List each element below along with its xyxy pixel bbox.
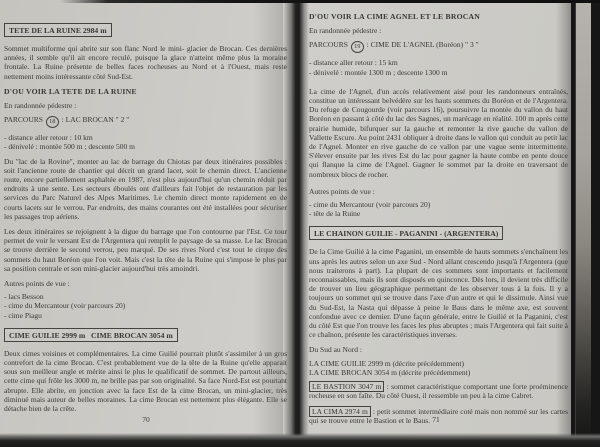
viewpoints-list: - cime du Mercantour (voir parcours 20) …	[309, 200, 568, 218]
list-item: LA CIME BROCAN 3054 m (décrite précédemm…	[309, 368, 568, 377]
viewpoints-list: - lacs Besson - cime du Mercantour (voir…	[4, 292, 287, 320]
stat-denivele: - dénivelé : montée 500 m ; descente 500…	[4, 142, 287, 151]
stat-distance: - distance aller retour : 15 km	[309, 58, 568, 67]
summit-title-box-tete-ruine: TETE DE LA RUINE 2984 m	[4, 23, 112, 37]
route-stats: - distance aller retour : 10 km - dénive…	[4, 133, 287, 151]
parcours-number-badge: 19	[351, 41, 364, 53]
parcours-18-line: PARCOURS 18 : LAC BROCAN " 2 "	[4, 115, 287, 128]
parcours-19-line: PARCOURS 19 : CIME DE L'AGNEL (Boréon) "…	[309, 40, 568, 53]
scan-edge-top	[0, 0, 600, 3]
right-page: D'OU VOIR LA CIME AGNEL ET LE BROCAN En …	[309, 12, 568, 431]
left-page-curve-shading	[253, 0, 283, 447]
agnel-route-description: La cime de l'Agnel, d'un accès relativem…	[309, 87, 568, 179]
bastion-entry: LE BASTION 3047 m : sommet caractéristiq…	[309, 382, 568, 400]
stat-distance: - distance aller retour : 10 km	[4, 133, 287, 142]
list-item: - lacs Besson	[4, 292, 287, 301]
tete-ruine-description: Sommet multiforme qui abrite sur son fla…	[4, 44, 287, 81]
parcours-label: PARCOURS	[309, 40, 348, 49]
left-page: TETE DE LA RUINE 2984 m Sommet multiform…	[4, 20, 287, 419]
mode-label: En randonnée pédestre :	[4, 101, 287, 110]
list-item: LA CIME GUILIE 2999 m (décrite précédemm…	[309, 359, 568, 368]
chain-description: De la Cime Guilié à la cime Paganini, un…	[309, 247, 568, 339]
list-item: - cime du Mercantour (voir parcours 20)	[4, 301, 287, 310]
viewpoints-label: Autres points de vue :	[4, 279, 287, 288]
route-stats: - distance aller retour : 15 km - dénive…	[309, 58, 568, 76]
section-heading-ou-voir-tete-ruine: D'OU VOIR LA TETE DE LA RUINE	[4, 87, 287, 96]
order-label: Du Sud au Nord :	[309, 345, 568, 354]
route-description-2: Les deux itinéraires se rejoignent à la …	[4, 227, 287, 273]
list-item: - cime Piagu	[4, 311, 287, 320]
summit-list: LA CIME GUILIE 2999 m (décrite précédemm…	[309, 359, 568, 377]
route-description-1: Du "lac de la Rovine", monter au lac de …	[4, 157, 287, 221]
stat-denivele: - dénivelé : montée 1300 m ; descente 13…	[309, 68, 568, 77]
parcours-label: PARCOURS	[4, 115, 43, 124]
page-stack-edge	[575, 2, 591, 440]
page-number-right: 71	[300, 415, 572, 424]
section-heading-ou-voir-agnel-brocan: D'OU VOIR LA CIME AGNEL ET LE BROCAN	[309, 12, 568, 21]
scan-edge-bottom	[0, 433, 600, 447]
parcours-title: : LAC BROCAN " 2 "	[62, 115, 130, 124]
chain-title-box-guilie-paganini: LE CHAINON GUILIE - PAGANINI - (ARGENTER…	[309, 226, 503, 240]
parcours-number-badge: 18	[46, 116, 59, 128]
book-gutter-shadow	[283, 0, 309, 447]
mode-label: En randonnée pédestre :	[309, 26, 568, 35]
right-page-curve-shading	[556, 0, 571, 447]
parcours-title: : CIME DE L'AGNEL (Boréon) " 3 "	[367, 40, 479, 49]
summit-title-box-guilie-brocan: CIME GUILIE 2999 m CIME BROCAN 3054 m	[4, 328, 178, 342]
page-number-left: 70	[0, 415, 292, 424]
guilie-brocan-description: Deux cimes voisines et complémentaires. …	[4, 349, 287, 413]
list-item: - cime du Mercantour (voir parcours 20)	[309, 200, 568, 209]
viewpoints-label: Autres points de vue :	[309, 187, 568, 196]
list-item: - tête de la Ruine	[309, 209, 568, 218]
